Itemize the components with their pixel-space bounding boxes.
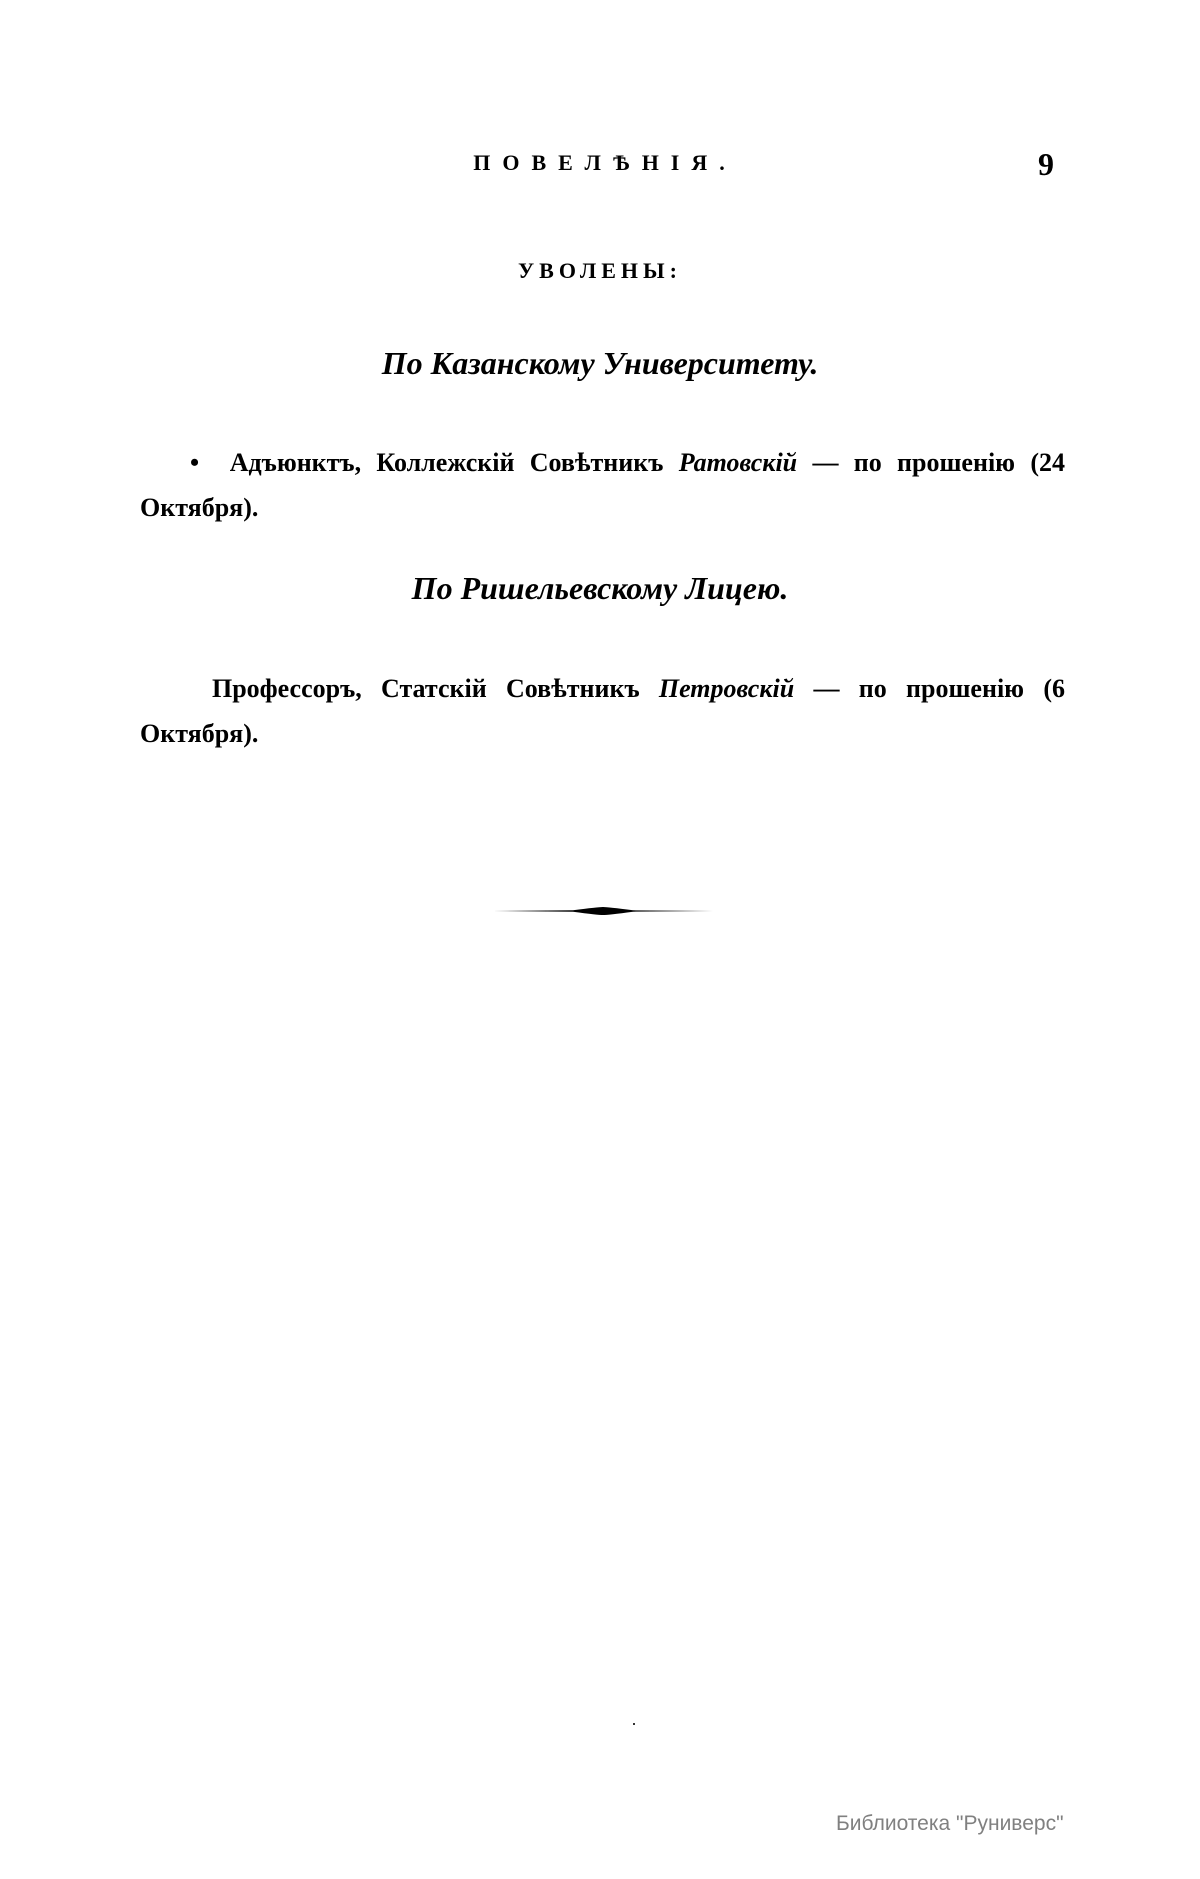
scan-speck: [633, 1723, 635, 1725]
page-number: 9: [1038, 146, 1054, 183]
section-title: УВОЛЕНЫ:: [0, 258, 1200, 284]
entry-heading-kazan: По Казанскому Университету.: [0, 345, 1200, 382]
entry-paragraph-richelieu: Профессоръ, Статскій Совѣтникъ Петровскі…: [140, 666, 1065, 756]
decorative-rule-icon: [493, 906, 713, 916]
person-name: Ратовскій: [679, 448, 797, 477]
library-watermark: Библиотека "Руниверс": [836, 1812, 1064, 1836]
bullet-mark: •: [190, 448, 199, 477]
entry-text-before: Адъюнктъ, Коллежскій Совѣтникъ: [230, 448, 679, 477]
running-head: ПОВЕЛѢНІЯ.: [0, 150, 1200, 176]
person-name: Петровскій: [659, 674, 794, 703]
entry-paragraph-kazan: • Адъюнктъ, Коллежскій Совѣтникъ Ратовск…: [140, 440, 1065, 530]
entry-heading-richelieu: По Ришельевскому Лицею.: [0, 570, 1200, 607]
entry-text-before: Профессоръ, Статскій Совѣтникъ: [212, 674, 659, 703]
